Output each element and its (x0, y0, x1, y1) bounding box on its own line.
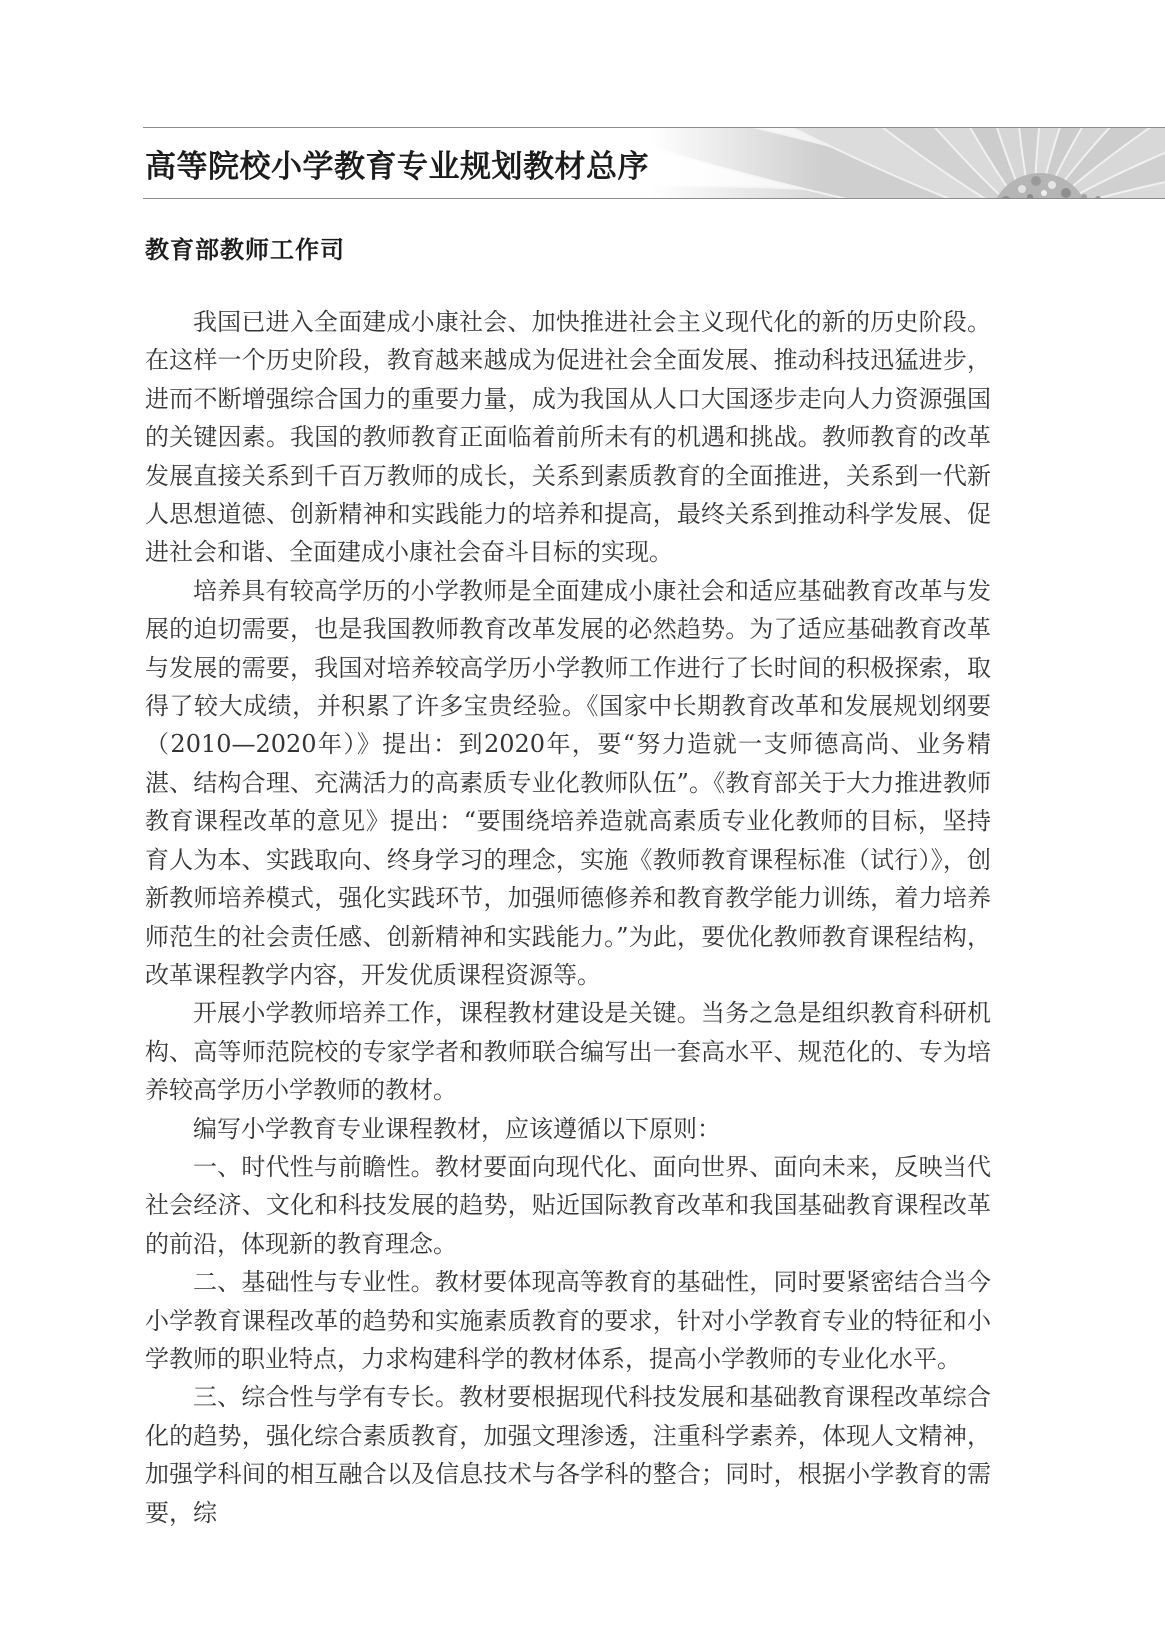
paragraph-7-principle-3: 三、综合性与学有专长。教材要根据现代科技发展和基础教育课程改革综合化的趋势，强化… (145, 1378, 991, 1532)
paragraph-2: 培养具有较高学历的小学教师是全面建成小康社会和适应基础教育改革与发展的迫切需要，… (145, 572, 991, 994)
paragraph-5-principle-1: 一、时代性与前瞻性。教材要面向现代化、面向世界、面向未来，反映当代社会经济、文化… (145, 1148, 991, 1263)
body-text: 我国已进入全面建成小康社会、加快推进社会主义现代化的新的历史阶段。在这样一个历史… (145, 303, 991, 1532)
gerbera-flower-image (650, 128, 1165, 198)
paragraph-3: 开展小学教师培养工作，课程教材建设是关键。当务之急是组织教育科研机构、高等师范院… (145, 994, 991, 1109)
author-line: 教育部教师工作司 (145, 230, 345, 265)
paragraph-6-principle-2: 二、基础性与专业性。教材要体现高等教育的基础性，同时要紧密结合当今小学教育课程改… (145, 1263, 991, 1378)
chapter-header-band: 高等院校小学教育专业规划教材总序 (143, 127, 1165, 199)
page-title: 高等院校小学教育专业规划教材总序 (143, 141, 649, 186)
paragraph-1: 我国已进入全面建成小康社会、加快推进社会主义现代化的新的历史阶段。在这样一个历史… (145, 303, 991, 572)
gerbera-flower-icon (650, 128, 1165, 198)
book-page: 高等院校小学教育专业规划教材总序 (0, 0, 1165, 1637)
paragraph-4: 编写小学教育专业课程教材，应该遵循以下原则： (145, 1110, 991, 1148)
